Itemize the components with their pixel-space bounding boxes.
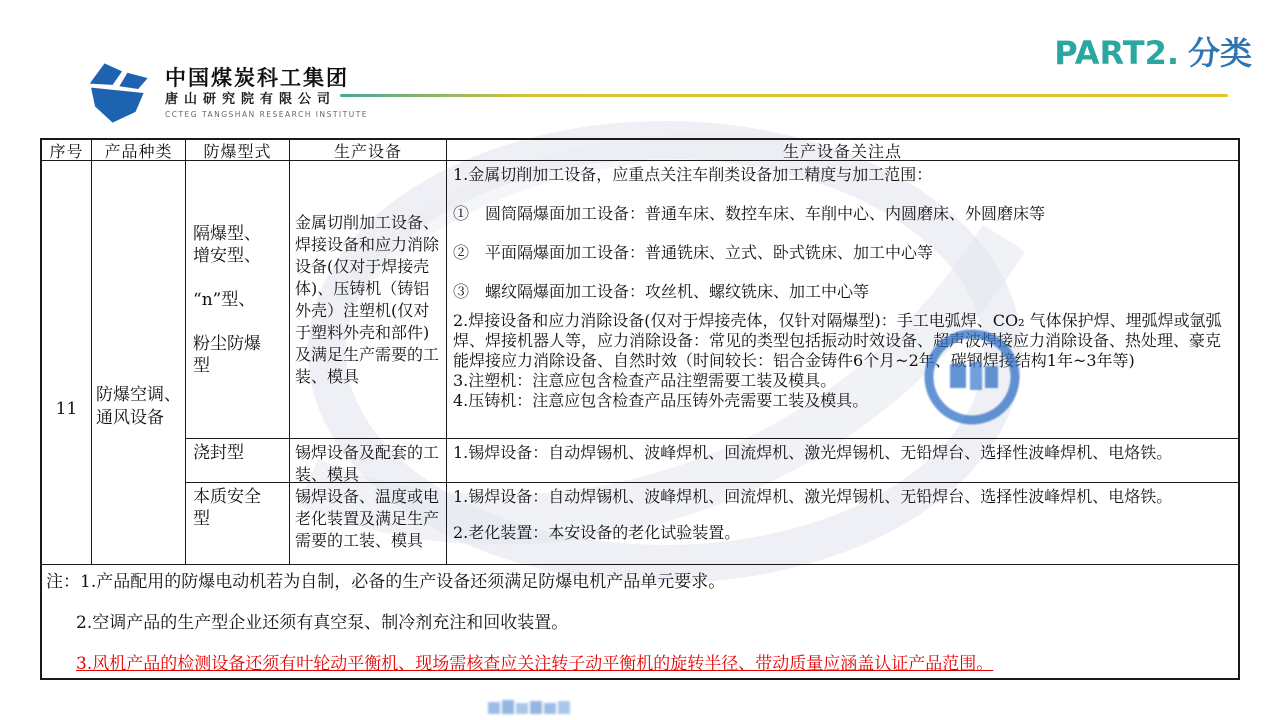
part-title: 分类 xyxy=(1188,34,1252,72)
logo-text-block: 中国煤炭科工集团 唐山研究院有限公司 CCTEG TANGSHAN RESEAR… xyxy=(165,62,368,124)
cell-serial-no: 11 xyxy=(42,161,92,565)
bottom-watermark-fragment xyxy=(488,699,572,717)
focus-item: 2.焊接设备和应力消除设备(仅对于焊接壳体，仅针对隔爆型)：手工电弧焊、CO₂ … xyxy=(453,311,1232,371)
cell-focus-row1: 1.金属切削加工设备，应重点关注车削类设备加工精度与加工范围： ① 圆筒隔爆面加… xyxy=(447,161,1238,439)
company-logo: 中国煤炭科工集团 唐山研究院有限公司 CCTEG TANGSHAN RESEAR… xyxy=(84,62,368,124)
col-header-product-type: 产品种类 xyxy=(92,140,186,161)
focus-item: 4.压铸机：注意应包含检查产品压铸外壳需要工装及模具。 xyxy=(453,391,1232,411)
ccteg-logo-icon xyxy=(84,62,152,124)
table-notes: 注：1.产品配用的防爆电动机若为自制，必备的生产设备还须满足防爆电机产品单元要求… xyxy=(42,565,1238,678)
slide: 中国煤炭科工集团 唐山研究院有限公司 CCTEG TANGSHAN RESEAR… xyxy=(0,0,1280,720)
focus-item: 3.注塑机：注意应包含检查产品注塑需要工装及模具。 xyxy=(453,371,1232,391)
focus-item: 2.老化装置：本安设备的老化试验装置。 xyxy=(453,523,1232,543)
cell-product-type: 防爆空调、通风设备 xyxy=(92,161,186,565)
page-title: PART2.分类 xyxy=(1054,28,1252,74)
cell-protection-type-row1: 隔爆型、 增安型、 “n”型、 粉尘防爆型 xyxy=(186,161,290,439)
focus-item: 1.锡焊设备：自动焊锡机、波峰焊机、回流焊机、激光焊锡机、无铅焊台、选择性波峰焊… xyxy=(453,443,1232,463)
cell-equipment-row1: 金属切削加工设备、焊接设备和应力消除设备(仅对于焊接壳 体)、压铸机（铸铝外壳）… xyxy=(290,161,447,439)
cell-focus-row2: 1.锡焊设备：自动焊锡机、波峰焊机、回流焊机、激光焊锡机、无铅焊台、选择性波峰焊… xyxy=(447,439,1238,483)
cell-equipment-row2: 锡焊设备及配套的工装、模具 xyxy=(290,439,447,483)
col-header-serial: 序号 xyxy=(42,140,92,161)
header-divider-line xyxy=(340,94,1228,97)
col-header-protection-type: 防爆型式 xyxy=(186,140,290,161)
logo-org-name: 中国煤炭科工集团 xyxy=(165,66,368,91)
logo-english-name: CCTEG TANGSHAN RESEARCH INSTITUTE xyxy=(165,109,368,120)
focus-item: ③ 螺纹隔爆面加工设备：攻丝机、螺纹铣床、加工中心等 xyxy=(453,282,1232,302)
note-1: 注：1.产品配用的防爆电动机若为自制，必备的生产设备还须满足防爆电机产品单元要求… xyxy=(46,573,1234,592)
col-header-equipment: 生产设备 xyxy=(290,140,447,161)
focus-item: ① 圆筒隔爆面加工设备：普通车床、数控车床、车削中心、内圆磨床、外圆磨床等 xyxy=(453,204,1232,224)
cell-equipment-row3: 锡焊设备、温度或电老化装置及满足生产需要的工装、模具 xyxy=(290,483,447,565)
part-label: PART2. xyxy=(1054,34,1179,72)
cell-protection-type-row2: 浇封型 xyxy=(186,439,290,483)
logo-company-name: 唐山研究院有限公司 xyxy=(165,91,368,109)
cell-focus-row3: 1.锡焊设备：自动焊锡机、波峰焊机、回流焊机、激光焊锡机、无铅焊台、选择性波峰焊… xyxy=(447,483,1238,565)
focus-item: ② 平面隔爆面加工设备：普通铣床、立式、卧式铣床、加工中心等 xyxy=(453,243,1232,263)
col-header-focus: 生产设备关注点 xyxy=(447,140,1238,161)
note-3-red: 3.风机产品的检测设备还须有叶轮动平衡机、现场需核查应关注转子动平衡机的旋转半径… xyxy=(76,655,1234,674)
focus-item: 1.金属切削加工设备，应重点关注车削类设备加工精度与加工范围： xyxy=(453,165,1232,185)
note-2: 2.空调产品的生产型企业还须有真空泵、制冷剂充注和回收装置。 xyxy=(76,614,1234,633)
focus-item: 1.锡焊设备：自动焊锡机、波峰焊机、回流焊机、激光焊锡机、无铅焊台、选择性波峰焊… xyxy=(453,487,1232,507)
classification-table: 序号 产品种类 防爆型式 生产设备 生产设备关注点 11 防爆空调、通风设备 隔… xyxy=(40,138,1240,680)
cell-protection-type-row3: 本质安全型 xyxy=(186,483,290,565)
